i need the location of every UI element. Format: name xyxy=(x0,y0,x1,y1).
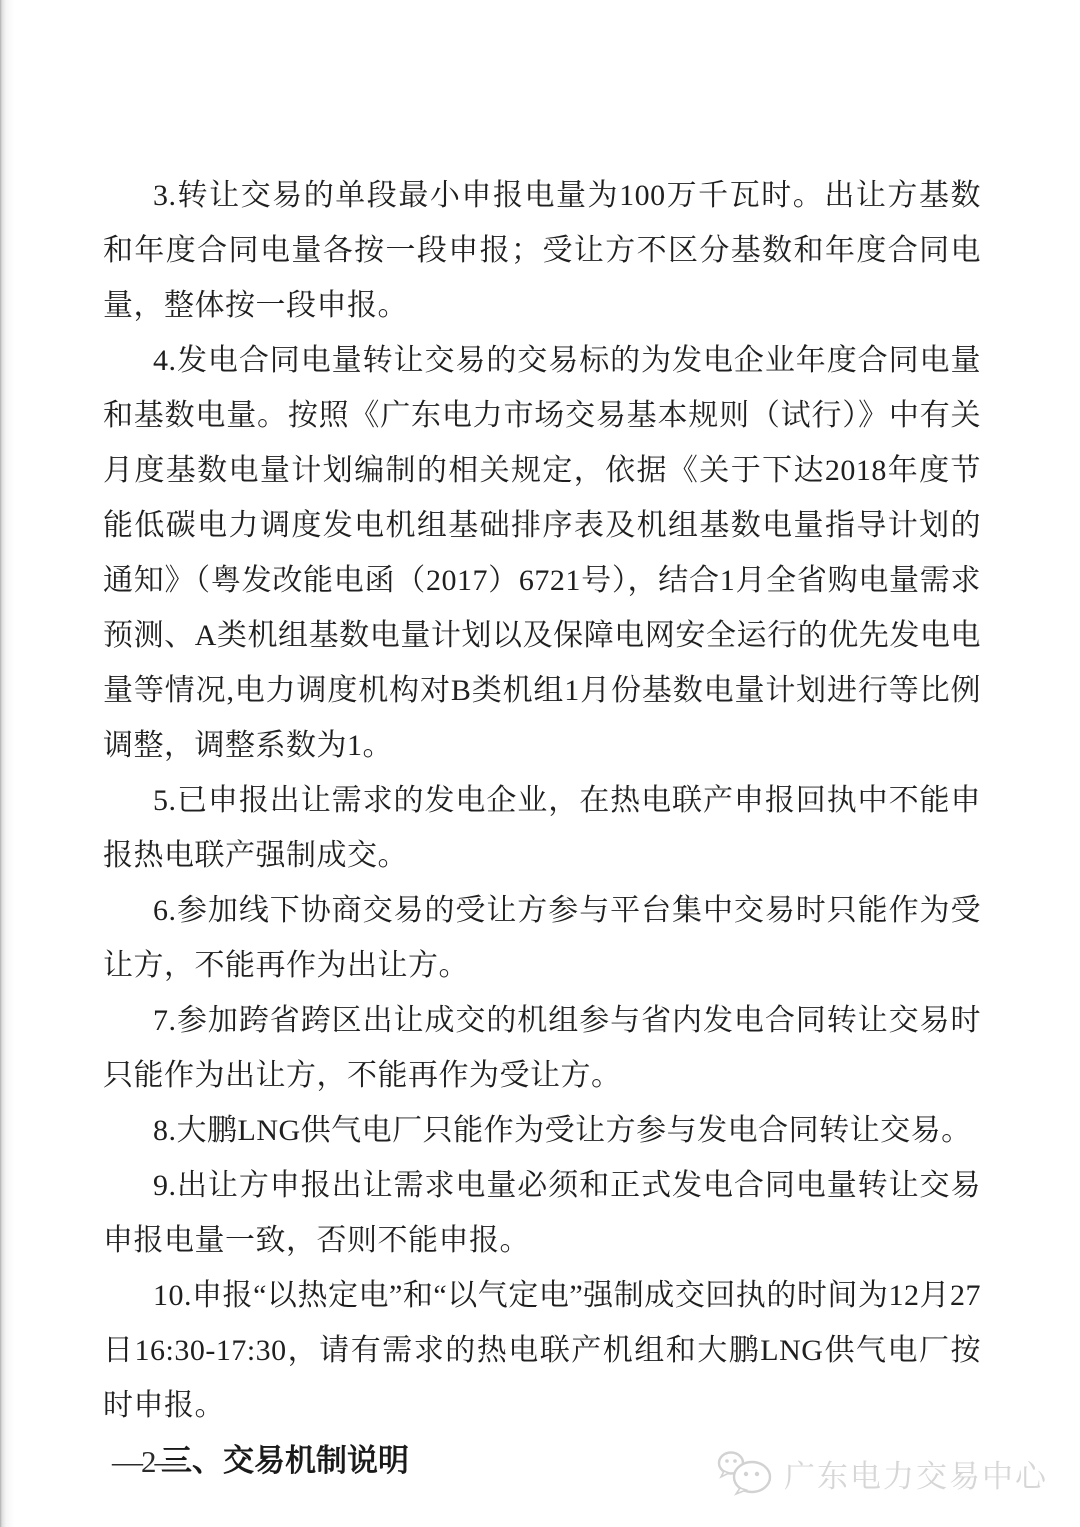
wechat-icon xyxy=(716,1450,774,1496)
page-number: —2— xyxy=(112,1442,184,1482)
paragraph-item-9: 9.出让方申报出让需求电量必须和正式发电合同电量转让交易申报电量一致，否则不能申… xyxy=(103,1158,981,1268)
paragraph-item-6: 6.参加线下协商交易的受让方参与平台集中交易时只能作为受让方，不能再作为出让方。 xyxy=(103,883,981,993)
paragraph-item-5: 5.已申报出让需求的发电企业，在热电联产申报回执中不能申报热电联产强制成交。 xyxy=(103,773,981,883)
watermark: 广东电力交易中心 xyxy=(716,1450,1048,1496)
paragraph-item-7: 7.参加跨省跨区出让成交的机组参与省内发电合同转让交易时只能作为出让方，不能再作… xyxy=(103,993,981,1103)
document-page: 3.转让交易的单段最小申报电量为100万千瓦时。出让方基数和年度合同电量各按一段… xyxy=(0,0,1080,1527)
paragraph-item-3: 3.转让交易的单段最小申报电量为100万千瓦时。出让方基数和年度合同电量各按一段… xyxy=(103,168,981,333)
scan-edge-shadow xyxy=(0,0,14,1527)
paragraph-item-4: 4.发电合同电量转让交易的交易标的为发电企业年度合同电量和基数电量。按照《广东电… xyxy=(103,333,981,773)
paragraph-item-10: 10.申报“以热定电”和“以气定电”强制成交回执的时间为12月27日16:30-… xyxy=(103,1268,981,1433)
paragraph-item-8: 8.大鹏LNG供气电厂只能作为受让方参与发电合同转让交易。 xyxy=(103,1103,981,1158)
document-body: 3.转让交易的单段最小申报电量为100万千瓦时。出让方基数和年度合同电量各按一段… xyxy=(103,168,981,1488)
watermark-text: 广东电力交易中心 xyxy=(784,1451,1048,1496)
